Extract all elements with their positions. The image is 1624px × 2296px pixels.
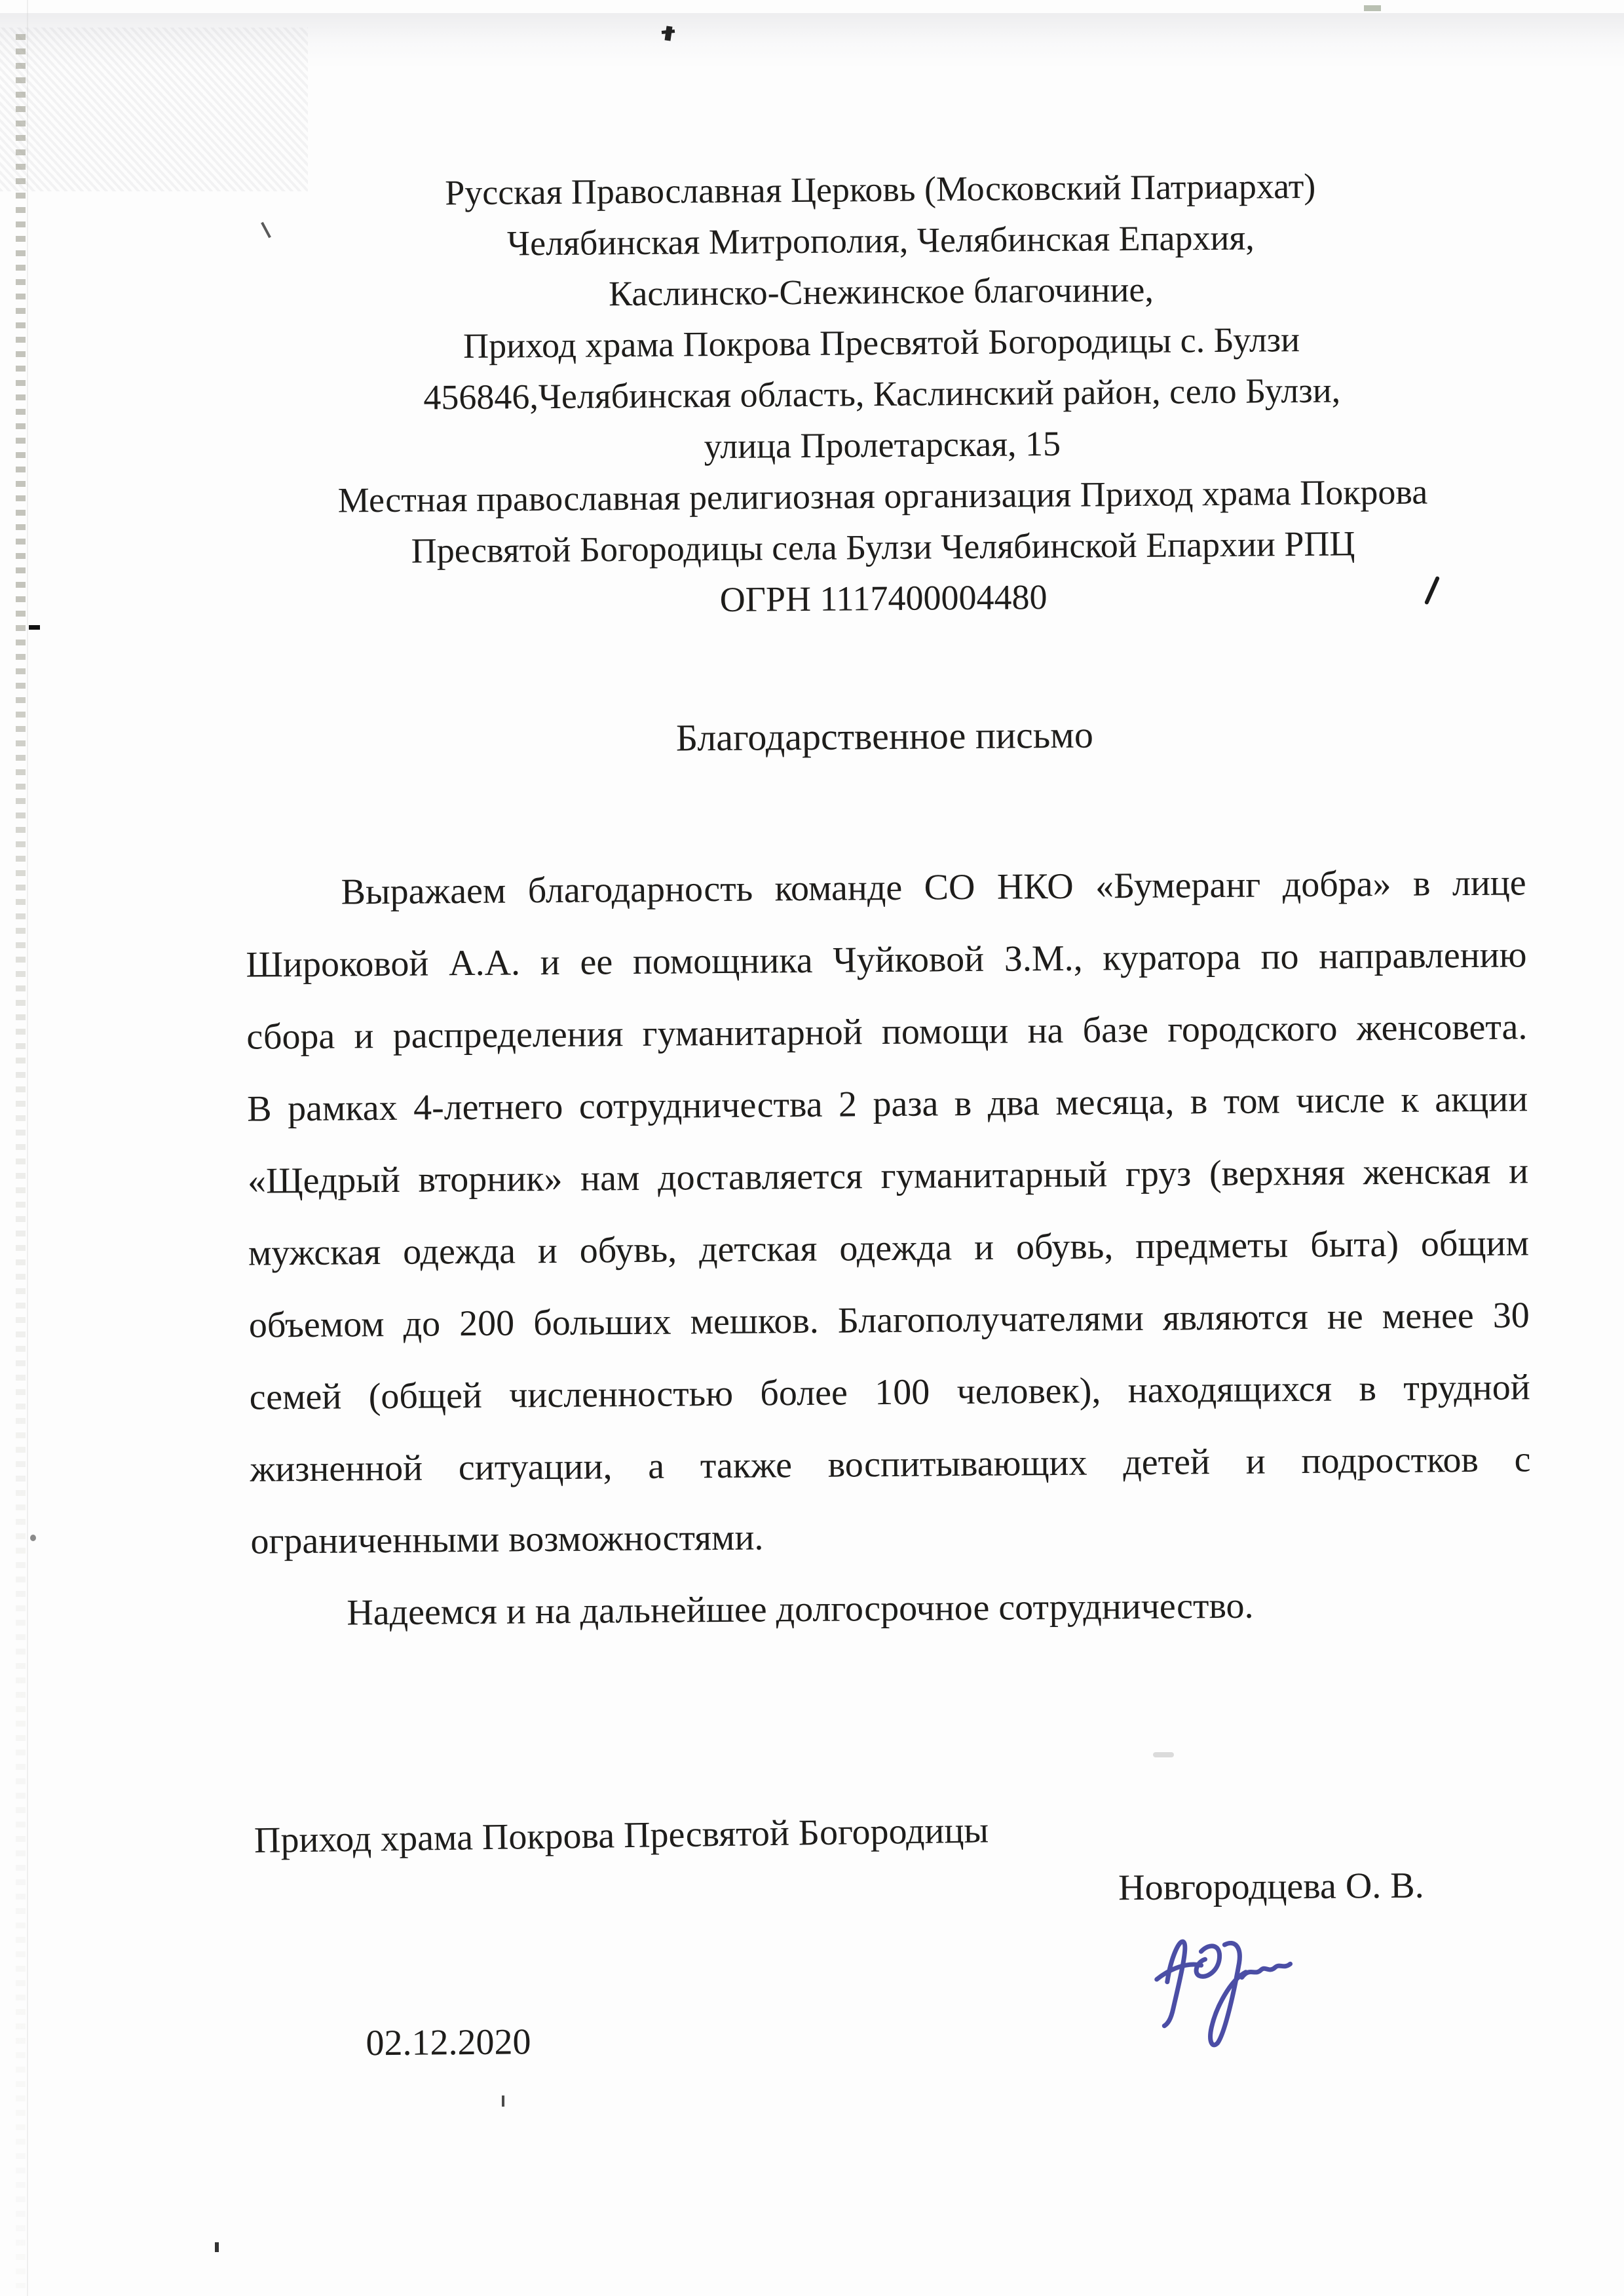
closing-line: Надеемся и на дальнейшее долгосрочное со… [251,1567,1532,1649]
handwritten-signature-icon [1143,1917,1308,2059]
letter-content: Русская Православная Церковь (Московский… [238,0,1537,2296]
body-line: мужская одежда и обувь, детская одежда и… [248,1207,1530,1289]
paper-edge-line [27,0,28,2296]
body-line: жизненной ситуации, а также воспитывающи… [250,1423,1531,1505]
letterhead-line: Пресвятой Богородицы села Булзи Челябинс… [242,516,1524,577]
body-line: Широковой А.А. и ее помощника Чуйковой З… [246,919,1527,1001]
letterhead: Русская Православная Церковь (Московский… [238,0,1524,629]
body-line: сбора и распределения гуманитарной помощ… [246,991,1528,1073]
letter-date: 02.12.2020 [366,2021,531,2064]
scanned-letter-page: Русская Православная Церковь (Московский… [0,0,1624,2296]
body-line: Выражаем благодарность команде СО НКО «Б… [245,847,1526,928]
body-line: В рамках 4-летнего сотрудничества 2 раза… [247,1063,1528,1145]
signoff-organization: Приход храма Покрова Пресвятой Богородиц… [254,1809,989,1862]
letter-title: Благодарственное письмо [244,705,1526,767]
scan-speck [30,1535,36,1541]
body-line: ограниченными возможностями. [250,1495,1532,1577]
body-line: «Щедрый вторник» нам доставляется гумани… [248,1135,1529,1217]
letterhead-ogrn: ОГРН 1117400004480 [243,567,1524,628]
letter-body: Выражаем благодарность команде СО НКО «Б… [245,847,1532,1649]
signoff-signer-name: Новгородцева О. В. [1118,1865,1424,1909]
body-line: семей (общей численностью более 100 чело… [249,1351,1530,1433]
letterhead-line: 456846,Челябинская область, Каслинский р… [241,363,1522,424]
scan-speck [215,2242,219,2252]
body-line: объемом до 200 больших мешков. Благополу… [248,1279,1530,1361]
scan-speck [29,625,40,630]
